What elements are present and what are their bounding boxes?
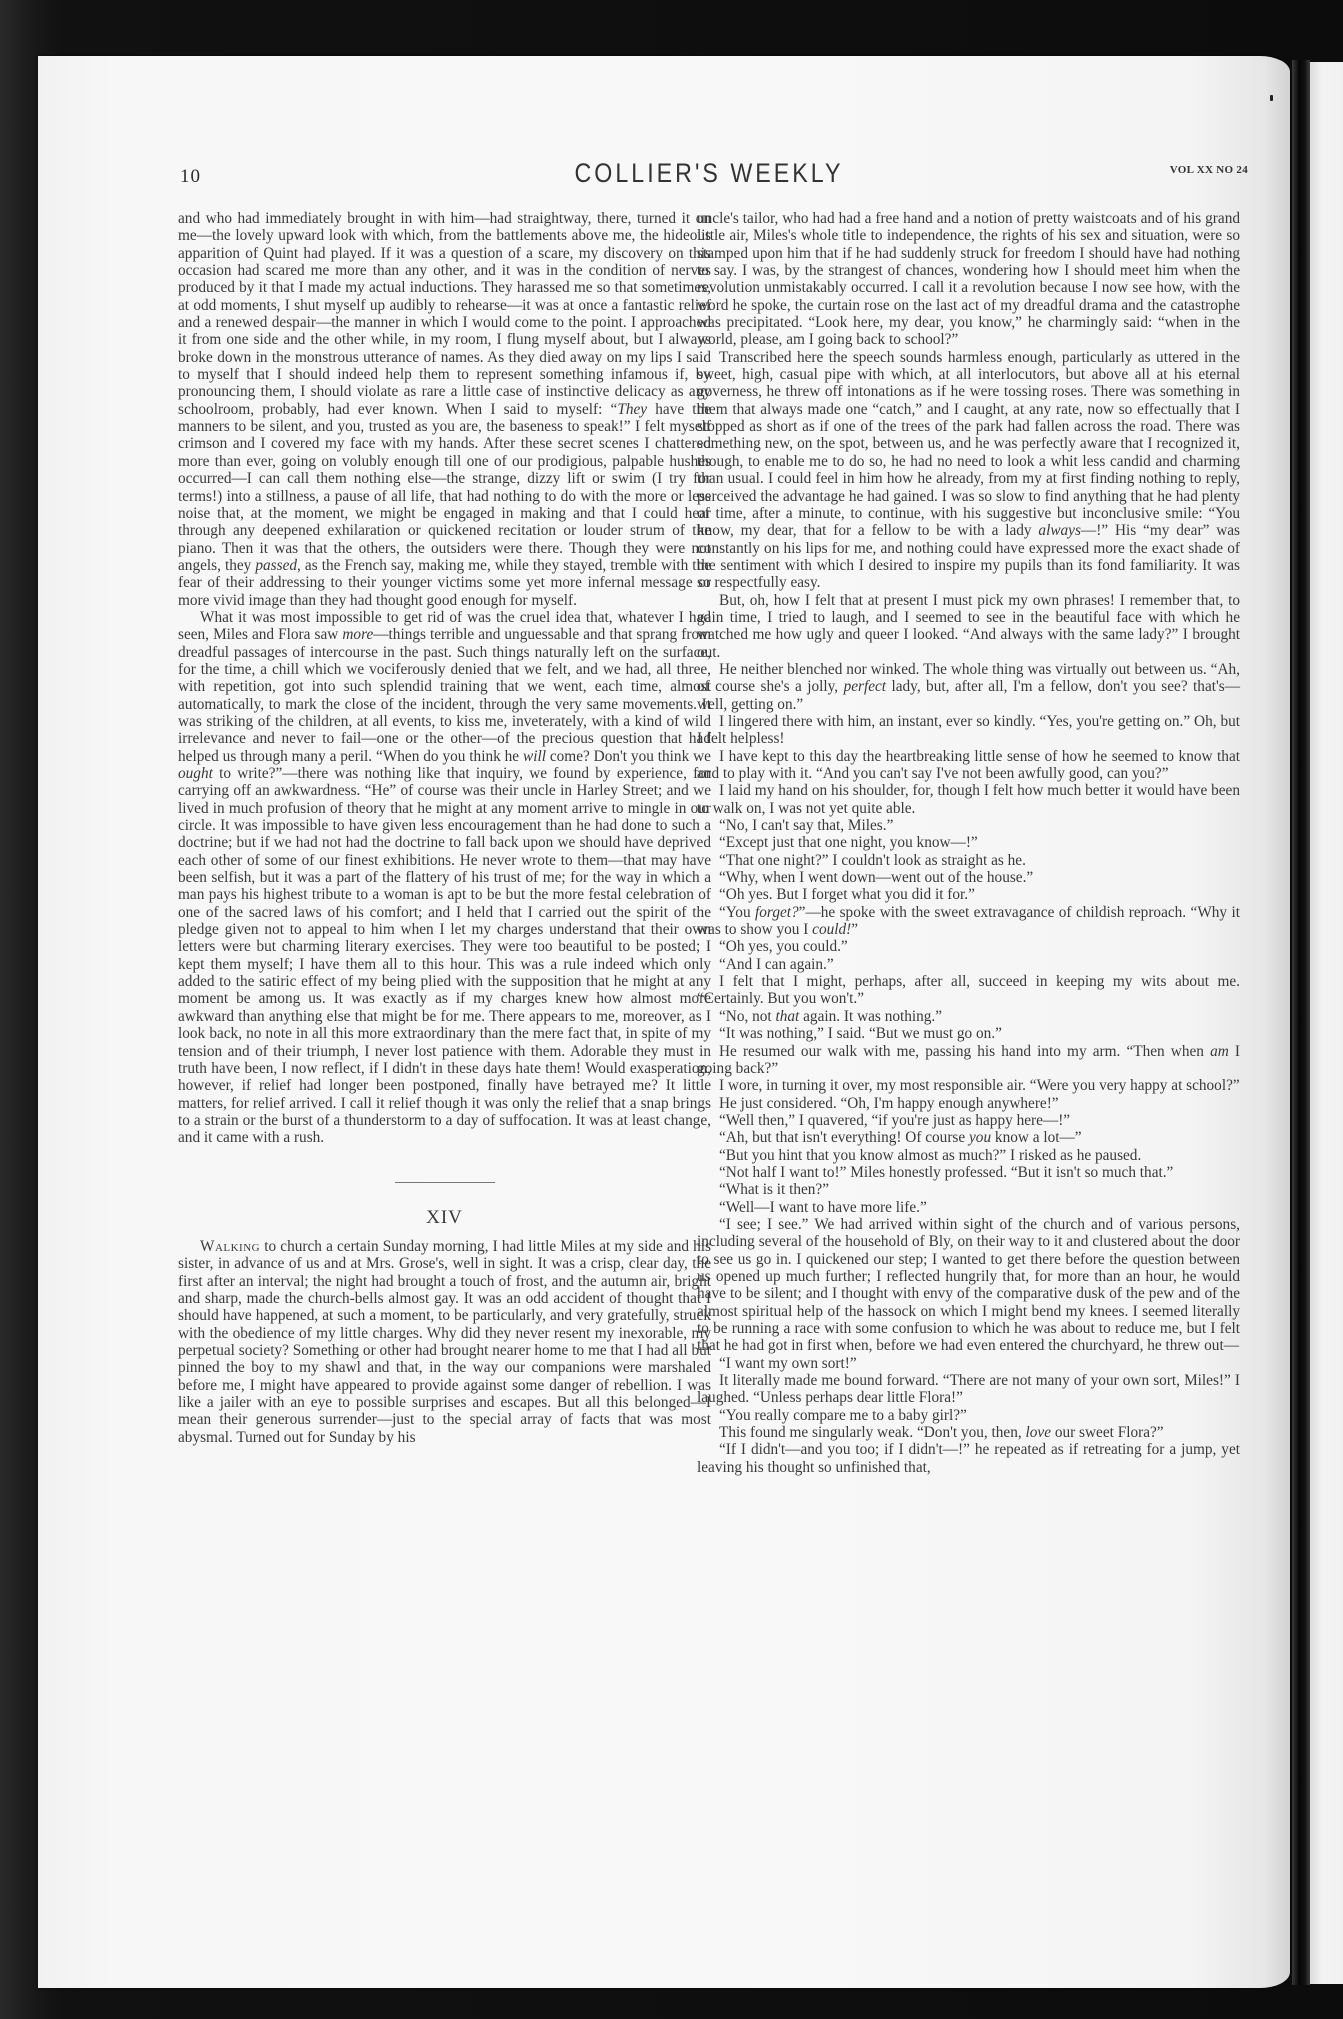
paragraph: “If I didn't—and you too; if I didn't—!”…: [697, 1441, 1240, 1476]
paragraph: I have kept to this day the heartbreakin…: [697, 748, 1240, 783]
paragraph: “Not half I want to!” Miles honestly pro…: [697, 1164, 1240, 1181]
paragraph: I laid my hand on his shoulder, for, tho…: [697, 782, 1240, 817]
book-gutter: [1292, 60, 1310, 1985]
paragraph: “Well—I want to have more life.”: [697, 1199, 1240, 1216]
paragraph: “No, I can't say that, Miles.”: [697, 817, 1240, 834]
right-column-text: uncle's tailor, who had had a free hand …: [697, 210, 1240, 1476]
running-header: 10 COLLIER'S WEEKLY VOL XX NO 24: [178, 156, 1240, 196]
paragraph: “You really compare me to a baby girl?”: [697, 1407, 1240, 1424]
paragraph: But, oh, how I felt that at present I mu…: [697, 592, 1240, 661]
paragraph: I wore, in turning it over, my most resp…: [697, 1077, 1240, 1094]
right-column: uncle's tailor, who had had a free hand …: [697, 210, 1240, 1476]
section-divider: [395, 1182, 495, 1183]
paragraph: I lingered there with him, an instant, e…: [697, 713, 1240, 748]
paragraph: What it was most impossible to get rid o…: [178, 609, 711, 1147]
paragraph: and who had immediately brought in with …: [178, 210, 711, 609]
paragraph: “Well then,” I quavered, “if you're just…: [697, 1112, 1240, 1129]
paragraph: It literally made me bound forward. “The…: [697, 1372, 1240, 1407]
chapter-text: Walking to church a certain Sunday morni…: [178, 1238, 711, 1446]
paragraph: “That one night?” I couldn't look as str…: [697, 852, 1240, 869]
left-column-text: and who had immediately brought in with …: [178, 210, 711, 1147]
chapter-opening-word: Walking: [200, 1238, 260, 1255]
scan-speck: [1270, 95, 1273, 101]
paragraph: uncle's tailor, who had had a free hand …: [697, 210, 1240, 349]
paragraph: I felt that I might, perhaps, after all,…: [697, 973, 1240, 1008]
paragraph: “Why, when I went down—went out of the h…: [697, 869, 1240, 886]
paragraph: “Oh yes. But I forget what you did it fo…: [697, 886, 1240, 903]
paragraph: This found me singularly weak. “Don't yo…: [697, 1424, 1240, 1441]
paragraph: “No, not that again. It was nothing.”: [697, 1008, 1240, 1025]
paragraph: “Except just that one night, you know—!”: [697, 834, 1240, 851]
volume-issue: VOL XX NO 24: [1170, 164, 1248, 176]
paragraph: Transcribed here the speech sounds harml…: [697, 349, 1240, 592]
left-column: and who had immediately brought in with …: [178, 210, 711, 1446]
paragraph: “You forget?”—he spoke with the sweet ex…: [697, 904, 1240, 939]
publication-title: COLLIER'S WEEKLY: [252, 158, 1165, 189]
paragraph: He neither blenched nor winked. The whol…: [697, 661, 1240, 713]
paragraph: “And I can again.”: [697, 956, 1240, 973]
paragraph: “What is it then?”: [697, 1181, 1240, 1198]
paragraph: “But you hint that you know almost as mu…: [697, 1147, 1240, 1164]
next-page-edge: [1310, 62, 1343, 1984]
paragraph: He resumed our walk with me, passing his…: [697, 1043, 1240, 1078]
paragraph: Walking to church a certain Sunday morni…: [178, 1238, 711, 1446]
paragraph: “It was nothing,” I said. “But we must g…: [697, 1025, 1240, 1042]
page-number: 10: [180, 166, 201, 188]
paragraph: “Oh yes, you could.”: [697, 938, 1240, 955]
paragraph: “Ah, but that isn't everything! Of cours…: [697, 1129, 1240, 1146]
paragraph: “I see; I see.” We had arrived within si…: [697, 1216, 1240, 1355]
chapter-heading: XIV: [178, 1209, 711, 1226]
paragraph: He just considered. “Oh, I'm happy enoug…: [697, 1095, 1240, 1112]
paragraph: “I want my own sort!”: [697, 1355, 1240, 1372]
